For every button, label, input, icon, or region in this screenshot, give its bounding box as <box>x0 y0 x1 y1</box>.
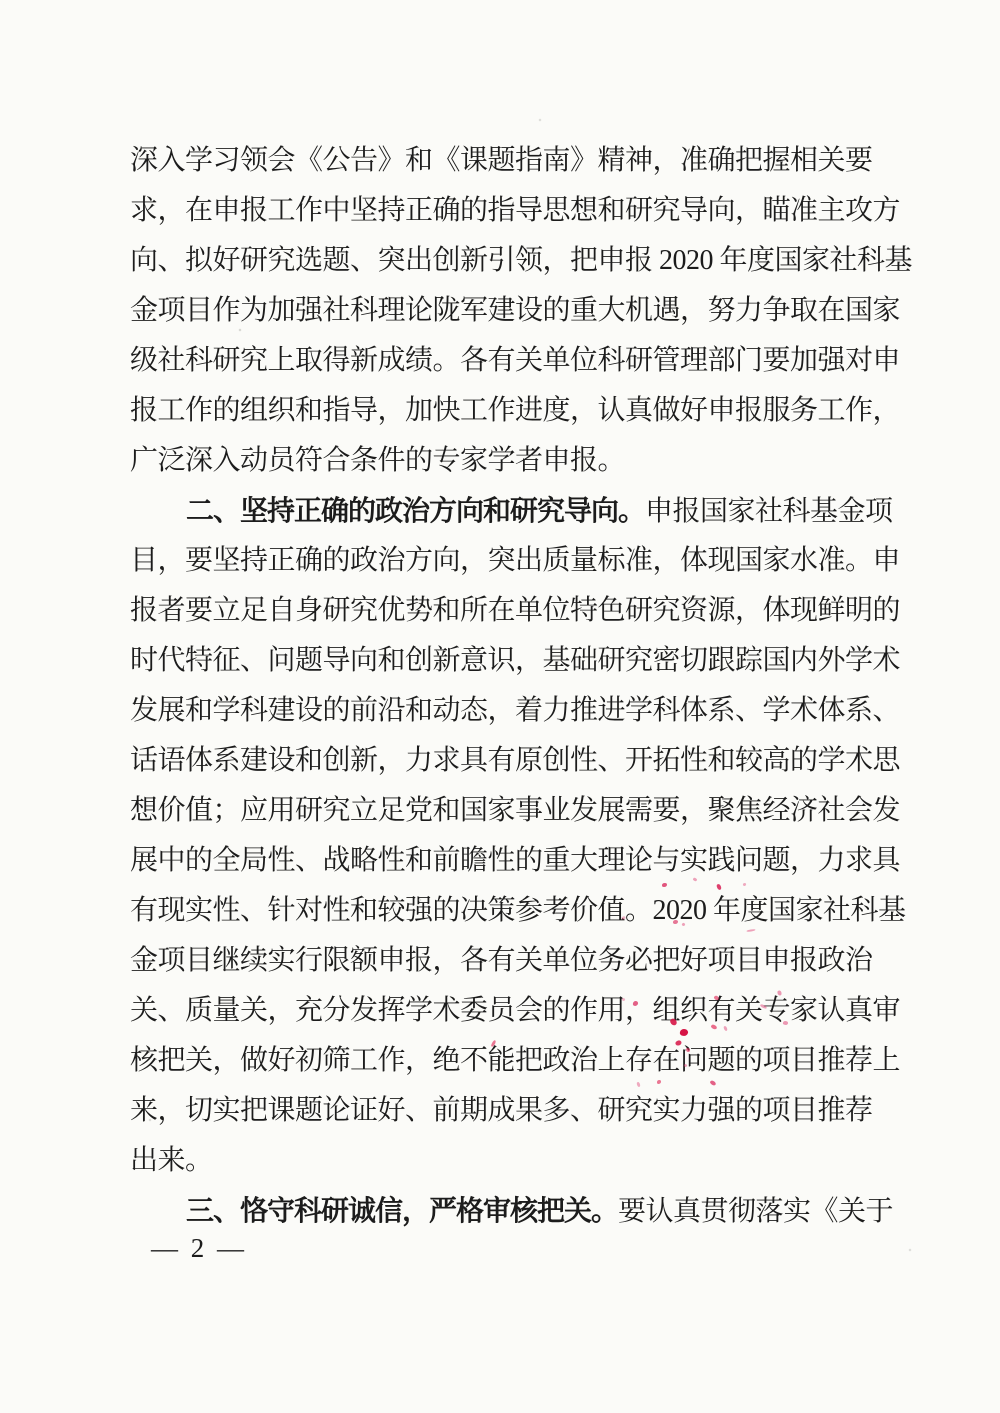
text-segment: 展中的全局性、战略性和前瞻性的重大理论与实践问题，力求具 <box>130 845 900 876</box>
text-segment: 报者要立足自身研究优势和所在单位特色研究资源，体现鲜明的 <box>130 595 900 626</box>
text-segment: 发展和学科建设的前沿和动态，着力推进学科体系、学术体系、 <box>130 695 900 726</box>
text-line: 关、质量关，充分发挥学术委员会的作用，组织有关专家认真审 <box>130 986 890 1036</box>
text-line: 出来。 <box>130 1136 890 1186</box>
document-text-block: 深入学习领会《公告》和《课题指南》精神，准确把握相关要求，在申报工作中坚持正确的… <box>130 136 890 1236</box>
text-line: 发展和学科建设的前沿和动态，着力推进学科体系、学术体系、 <box>130 686 890 736</box>
text-segment: 金项目继续实行限额申报，各有关单位务必把好项目申报政治 <box>130 945 873 976</box>
text-line: 金项目继续实行限额申报，各有关单位务必把好项目申报政治 <box>130 936 890 986</box>
text-line: 话语体系建设和创新，力求具有原创性、开拓性和较高的学术思 <box>130 736 890 786</box>
text-segment: 求，在申报工作中坚持正确的指导思想和研究导向，瞄准主攻方 <box>130 195 900 226</box>
text-line: 有现实性、针对性和较强的决策参考价值。2020 年度国家社科基 <box>130 886 890 936</box>
text-line: 时代特征、问题导向和创新意识，基础研究密切跟踪国内外学术 <box>130 636 890 686</box>
text-segment: 级社科研究上取得新成绩。各有关单位科研管理部门要加强对申 <box>130 345 900 376</box>
text-line: 想价值；应用研究立足党和国家事业发展需要，聚焦经济社会发 <box>130 786 890 836</box>
text-segment: 目，要坚持正确的政治方向，突出质量标准，体现国家水准。申 <box>130 545 900 576</box>
text-segment: 核把关，做好初筛工作，绝不能把政治上存在问题的项目推荐上 <box>130 1045 900 1076</box>
text-segment: 话语体系建设和创新，力求具有原创性、开拓性和较高的学术思 <box>130 745 900 776</box>
text-segment: 报工作的组织和指导，加快工作进度，认真做好申报服务工作， <box>130 395 900 426</box>
text-line: 深入学习领会《公告》和《课题指南》精神，准确把握相关要 <box>130 136 890 186</box>
text-segment: 向、拟好研究选题、突出创新引领，把申报 2020 年度国家社科基 <box>130 245 912 276</box>
text-segment: 金项目作为加强社科理论陇军建设的重大机遇，努力争取在国家 <box>130 295 900 326</box>
text-segment: 深入学习领会《公告》和《课题指南》精神，准确把握相关要 <box>130 145 873 176</box>
text-line: 展中的全局性、战略性和前瞻性的重大理论与实践问题，力求具 <box>130 836 890 886</box>
text-line: 报者要立足自身研究优势和所在单位特色研究资源，体现鲜明的 <box>130 586 890 636</box>
text-line: 二、坚持正确的政治方向和研究导向。申报国家社科基金项 <box>130 486 890 536</box>
text-segment: 广泛深入动员符合条件的专家学者申报。 <box>130 445 625 476</box>
text-segment: 出来。 <box>130 1145 213 1176</box>
text-line: 目，要坚持正确的政治方向，突出质量标准，体现国家水准。申 <box>130 536 890 586</box>
page-number: — 2 — <box>151 1228 247 1268</box>
text-segment: 有现实性、针对性和较强的决策参考价值。2020 年度国家社科基 <box>130 895 906 926</box>
text-segment: 想价值；应用研究立足党和国家事业发展需要，聚焦经济社会发 <box>130 795 900 826</box>
text-line: 向、拟好研究选题、突出创新引领，把申报 2020 年度国家社科基 <box>130 236 890 286</box>
heading-segment: 三、恪守科研诚信，严格审核把关。 <box>186 1195 618 1226</box>
scanned-document-page: 深入学习领会《公告》和《课题指南》精神，准确把握相关要求，在申报工作中坚持正确的… <box>0 0 1000 1413</box>
text-line: 金项目作为加强社科理论陇军建设的重大机遇，努力争取在国家 <box>130 286 890 336</box>
text-segment: 时代特征、问题导向和创新意识，基础研究密切跟踪国内外学术 <box>130 645 900 676</box>
text-line: 级社科研究上取得新成绩。各有关单位科研管理部门要加强对申 <box>130 336 890 386</box>
text-line: 核把关，做好初筛工作，绝不能把政治上存在问题的项目推荐上 <box>130 1036 890 1086</box>
text-segment: 关、质量关，充分发挥学术委员会的作用，组织有关专家认真审 <box>130 995 900 1026</box>
text-line: 广泛深入动员符合条件的专家学者申报。 <box>130 436 890 486</box>
text-segment: 来，切实把课题论证好、前期成果多、研究实力强的项目推荐 <box>130 1095 873 1126</box>
text-line: 求，在申报工作中坚持正确的指导思想和研究导向，瞄准主攻方 <box>130 186 890 236</box>
text-line: 报工作的组织和指导，加快工作进度，认真做好申报服务工作， <box>130 386 890 436</box>
heading-segment: 二、坚持正确的政治方向和研究导向。 <box>186 495 645 526</box>
text-segment: 要认真贯彻落实《关于 <box>618 1196 893 1227</box>
text-line: 来，切实把课题论证好、前期成果多、研究实力强的项目推荐 <box>130 1086 890 1136</box>
text-segment: 申报国家社科基金项 <box>645 496 893 527</box>
